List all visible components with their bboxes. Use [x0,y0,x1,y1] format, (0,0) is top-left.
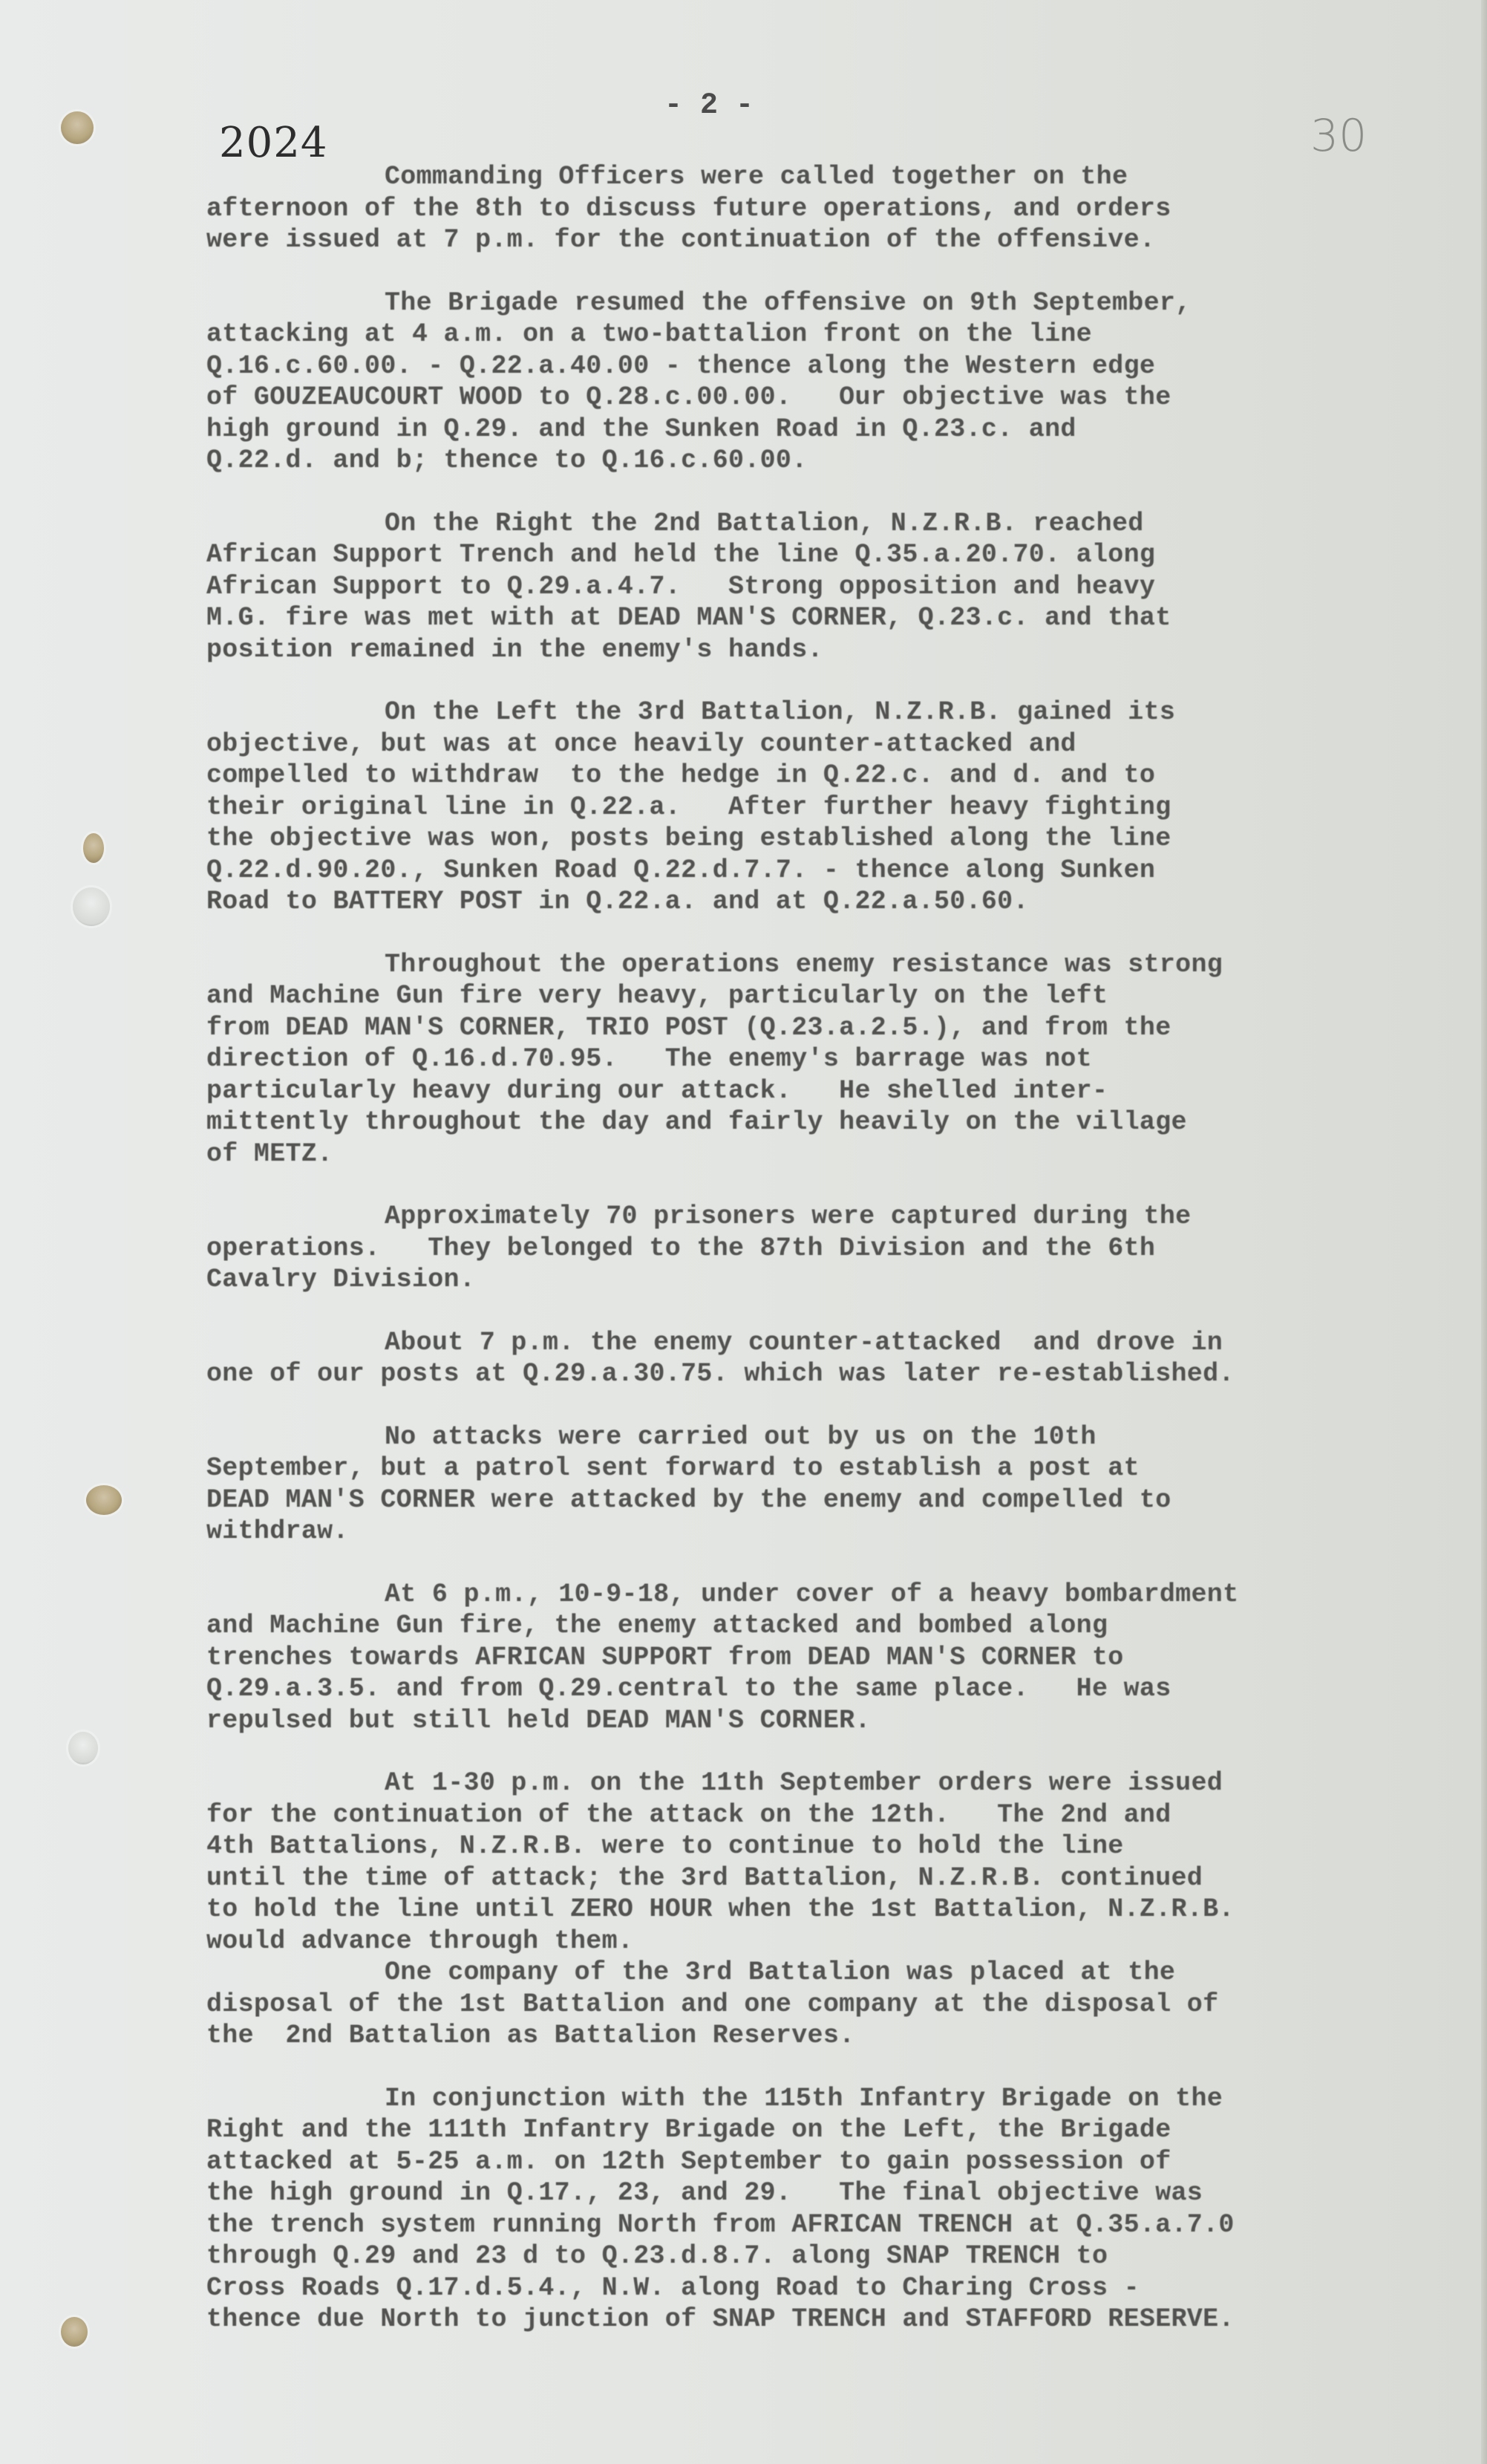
paragraph-line: the high ground in Q.17., 23, and 29. Th… [206,2177,1483,2209]
paragraph-line: operations. They belonged to the 87th Di… [206,1233,1483,1265]
paragraph-line: particularly heavy during our attack. He… [206,1075,1483,1107]
paragraph-line: were issued at 7 p.m. for the continuati… [206,224,1483,256]
paragraph-line: Right and the 111th Infantry Brigade on … [206,2114,1483,2146]
paragraph-line: trenches towards AFRICAN SUPPORT from DE… [206,1642,1483,1674]
page-marker: - 2 - [664,89,754,123]
paragraph-line: objective, but was at once heavily count… [206,729,1483,760]
punch-hole-icon [83,833,104,863]
paragraph-line: M.G. fire was met with at DEAD MAN'S COR… [206,602,1483,634]
paragraph: At 1-30 p.m. on the 11th September order… [206,1767,1483,1957]
paragraph-line: African Support to Q.29.a.4.7. Strong op… [206,571,1483,603]
paragraph-line: mittently throughout the day and fairly … [206,1106,1483,1138]
paragraph-line: thence due North to junction of SNAP TRE… [206,2304,1483,2336]
paragraph: No attacks were carried out by us on the… [206,1421,1483,1548]
paragraph-line: from DEAD MAN'S CORNER, TRIO POST (Q.23.… [206,1012,1483,1044]
paragraph-line: their original line in Q.22.a. After fur… [206,792,1483,824]
paragraph-line: through Q.29 and 23 d to Q.23.d.8.7. alo… [206,2240,1483,2272]
paragraph-line: disposal of the 1st Battalion and one co… [206,1989,1483,2021]
paragraph-first-line: No attacks were carried out by us on the… [206,1421,1483,1453]
punch-hole-icon [61,111,94,144]
stamp-number: 2024 [219,119,328,167]
punch-hole-icon [68,1732,98,1764]
paragraph-line: would advance through them. [206,1926,1483,1958]
paragraph-line: to hold the line until ZERO HOUR when th… [206,1894,1483,1926]
folio-number: 30 [1310,110,1367,162]
punch-hole-icon [86,1485,122,1515]
paragraph-line: one of our posts at Q.29.a.30.75. which … [206,1358,1483,1390]
paragraph-first-line: On the Left the 3rd Battalion, N.Z.R.B. … [206,697,1483,729]
paragraph-line: Road to BATTERY POST in Q.22.a. and at Q… [206,886,1483,918]
paragraph-line: the objective was won, posts being estab… [206,823,1483,855]
paragraph-line: attacked at 5-25 a.m. on 12th September … [206,2146,1483,2178]
document-page: 2024 - 2 - 30 Commanding Officers were c… [0,0,1487,2464]
paragraph-line: Cavalry Division. [206,1264,1483,1296]
paragraph-first-line: At 1-30 p.m. on the 11th September order… [206,1767,1483,1799]
paragraph-first-line: Commanding Officers were called together… [206,161,1483,193]
paragraph-first-line: The Brigade resumed the offensive on 9th… [206,287,1483,319]
paragraph-line: repulsed but still held DEAD MAN'S CORNE… [206,1705,1483,1737]
paragraph-first-line: About 7 p.m. the enemy counter-attacked … [206,1327,1483,1359]
paragraph-first-line: On the Right the 2nd Battalion, N.Z.R.B.… [206,508,1483,540]
paragraph: On the Right the 2nd Battalion, N.Z.R.B.… [206,508,1483,666]
punch-hole-icon [73,887,110,926]
paragraph-line: high ground in Q.29. and the Sunken Road… [206,414,1483,446]
paragraph-first-line: In conjunction with the 115th Infantry B… [206,2083,1483,2115]
paragraph-line: Cross Roads Q.17.d.5.4., N.W. along Road… [206,2272,1483,2304]
paragraph-line: and Machine Gun fire very heavy, particu… [206,980,1483,1012]
paragraph: In conjunction with the 115th Infantry B… [206,2083,1483,2336]
paragraph-line: until the time of attack; the 3rd Battal… [206,1862,1483,1894]
paragraph: Throughout the operations enemy resistan… [206,949,1483,1170]
paragraph-line: DEAD MAN'S CORNER were attacked by the e… [206,1484,1483,1516]
paragraph-line: compelled to withdraw to the hedge in Q.… [206,760,1483,792]
paragraph-line: the 2nd Battalion as Battalion Reserves. [206,2020,1483,2052]
paragraph-line: Q.29.a.3.5. and from Q.29.central to the… [206,1673,1483,1705]
paragraph: On the Left the 3rd Battalion, N.Z.R.B. … [206,697,1483,918]
paragraph-line: of METZ. [206,1138,1483,1170]
paragraph: At 6 p.m., 10-9-18, under cover of a hea… [206,1579,1483,1737]
paragraph-line: the trench system running North from AFR… [206,2209,1483,2241]
paragraph-line: of GOUZEAUCOURT WOOD to Q.28.c.00.00. Ou… [206,382,1483,414]
paragraph-line: African Support Trench and held the line… [206,539,1483,571]
paragraph-line: September, but a patrol sent forward to … [206,1453,1483,1484]
paragraph-line: 4th Battalions, N.Z.R.B. were to continu… [206,1831,1483,1862]
paragraph-line: and Machine Gun fire, the enemy attacked… [206,1610,1483,1642]
paragraph-line: attacking at 4 a.m. on a two-battalion f… [206,319,1483,351]
paragraph-line: Q.22.d. and b; thence to Q.16.c.60.00. [206,445,1483,477]
paragraph-line: withdraw. [206,1516,1483,1548]
typed-report-body: Commanding Officers were called together… [206,161,1483,2367]
paragraph-line: afternoon of the 8th to discuss future o… [206,193,1483,225]
paragraph: About 7 p.m. the enemy counter-attacked … [206,1327,1483,1390]
paragraph-line: Q.16.c.60.00. - Q.22.a.40.00 - thence al… [206,351,1483,382]
paragraph-first-line: One company of the 3rd Battalion was pla… [206,1957,1483,1989]
punch-hole-icon [61,2317,88,2347]
paragraph-first-line: At 6 p.m., 10-9-18, under cover of a hea… [206,1579,1483,1611]
paragraph-line: for the continuation of the attack on th… [206,1799,1483,1831]
paragraph-line: direction of Q.16.d.70.95. The enemy's b… [206,1043,1483,1075]
paragraph: The Brigade resumed the offensive on 9th… [206,287,1483,477]
paragraph: Commanding Officers were called together… [206,161,1483,256]
paragraph-line: Q.22.d.90.20., Sunken Road Q.22.d.7.7. -… [206,855,1483,887]
paragraph-line: position remained in the enemy's hands. [206,634,1483,666]
paragraph-first-line: Throughout the operations enemy resistan… [206,949,1483,981]
paragraph: Approximately 70 prisoners were captured… [206,1201,1483,1296]
paragraph: One company of the 3rd Battalion was pla… [206,1957,1483,2052]
paragraph-first-line: Approximately 70 prisoners were captured… [206,1201,1483,1233]
